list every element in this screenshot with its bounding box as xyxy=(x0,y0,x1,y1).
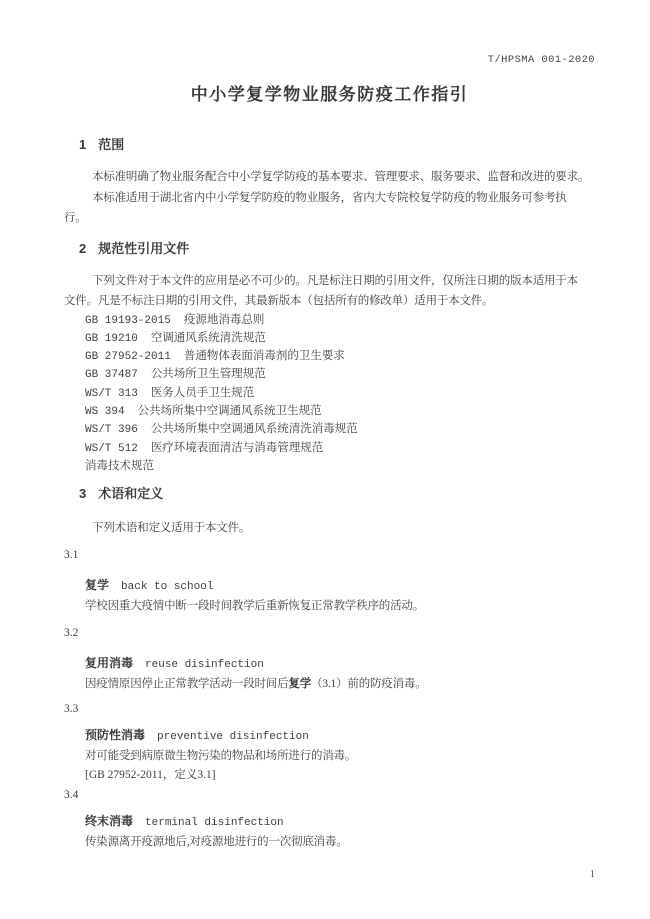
section-3-title: 术语和定义 xyxy=(98,486,163,501)
section-1-number: 1 xyxy=(79,137,86,152)
scope-paragraph-line: 本标准适用于湖北省内中小学复学防疫的物业服务，省内大专院校复学防疫的物业服务可参… xyxy=(64,188,595,209)
reference-code: WS 394 xyxy=(85,406,125,418)
term-name-cn: 复用消毒 xyxy=(85,656,133,670)
reference-code: GB 19210 xyxy=(85,333,138,345)
reference-list: GB 19193-2015疫源地消毒总则 GB 19210空调通风系统清洗规范 … xyxy=(85,312,595,477)
reference-item: WS 394公共场所集中空调通风系统卫生规范 xyxy=(85,403,595,421)
scope-paragraph-line: 行。 xyxy=(64,208,595,229)
section-1-body: 本标准明确了物业服务配合中小学复学防疫的基本要求、管理要求、服务要求、监督和改进… xyxy=(64,167,595,229)
term-3-3-number: 3.3 xyxy=(64,701,595,717)
section-2-number: 2 xyxy=(79,241,86,256)
term-definition: 因疫情原因停止正常教学活动一段时间后复学（3.1）前的防疫消毒。 xyxy=(85,675,595,694)
section-3-number: 3 xyxy=(79,486,86,501)
section-3-intro: 下列术语和定义适用于本文件。 xyxy=(64,518,595,539)
term-name-cn: 复学 xyxy=(85,578,109,592)
term-heading: 终末消毒terminal disinfection xyxy=(85,811,595,833)
reference-name: 公共场所集中空调通风系统卫生规范 xyxy=(138,405,322,417)
references-intro-line: 下列文件对于本文件的应用是必不可少的。凡是标注日期的引用文件，仅所注日期的版本适… xyxy=(64,271,595,292)
term-name-en: back to school xyxy=(121,581,213,593)
term-definition: 传染源离开疫源地后,对疫源地进行的一次彻底消毒。 xyxy=(85,833,595,852)
reference-code: WS/T 512 xyxy=(85,443,138,455)
term-name-en: reuse disinfection xyxy=(145,659,264,671)
term-3-1-block: 复学back to school 学校因重大疫情中断一段时间教学后重新恢复正常教… xyxy=(85,575,595,616)
reference-name: 公共场所集中空调通风系统清洗消毒规范 xyxy=(151,423,358,435)
term-heading: 预防性消毒preventive disinfection xyxy=(85,725,595,747)
term-name-cn: 终末消毒 xyxy=(85,814,133,828)
term-3-2-block: 复用消毒reuse disinfection 因疫情原因停止正常教学活动一段时间… xyxy=(85,653,595,694)
section-1-title: 范围 xyxy=(98,137,124,152)
term-name-cn: 预防性消毒 xyxy=(85,728,145,742)
term-3-3-block: 预防性消毒preventive disinfection 对可能受到病原微生物污… xyxy=(85,725,595,785)
document-page: T/HPSMA 001-2020 中小学复学物业服务防疫工作指引 1范围 本标准… xyxy=(0,0,650,919)
definition-source: [GB 27952-2011，定义3.1] xyxy=(85,766,595,785)
reference-item: GB 37487公共场所卫生管理规范 xyxy=(85,366,595,384)
reference-code: WS/T 313 xyxy=(85,388,138,400)
reference-item: GB 19193-2015疫源地消毒总则 xyxy=(85,312,595,330)
section-2-heading: 2规范性引用文件 xyxy=(79,241,595,257)
reference-name: 消毒技术规范 xyxy=(85,460,154,472)
reference-code: GB 37487 xyxy=(85,369,138,381)
definition-text: 因疫情原因停止正常教学活动一段时间后 xyxy=(85,678,288,690)
term-heading: 复用消毒reuse disinfection xyxy=(85,653,595,675)
section-3-heading: 3术语和定义 xyxy=(79,486,595,502)
term-3-1-number: 3.1 xyxy=(64,547,595,563)
reference-name: 疫源地消毒总则 xyxy=(184,314,265,326)
reference-item: WS/T 512医疗环境表面清洁与消毒管理规范 xyxy=(85,440,595,458)
reference-code: WS/T 396 xyxy=(85,424,138,436)
reference-code: GB 27952-2011 xyxy=(85,351,171,363)
term-name-en: preventive disinfection xyxy=(157,731,309,743)
term-3-2-number: 3.2 xyxy=(64,625,595,641)
standard-code: T/HPSMA 001-2020 xyxy=(64,54,595,67)
reference-name: 医务人员手卫生规范 xyxy=(151,387,255,399)
reference-name: 空调通风系统清洗规范 xyxy=(151,332,266,344)
reference-item: 消毒技术规范 xyxy=(85,458,595,476)
section-2-title: 规范性引用文件 xyxy=(98,241,189,256)
reference-name: 医疗环境表面清洁与消毒管理规范 xyxy=(151,442,324,454)
section-2-intro: 下列文件对于本文件的应用是必不可少的。凡是标注日期的引用文件，仅所注日期的版本适… xyxy=(64,271,595,312)
term-definition: 学校因重大疫情中断一段时间教学后重新恢复正常教学秩序的活动。 xyxy=(85,597,595,616)
term-3-4-block: 终末消毒terminal disinfection 传染源离开疫源地后,对疫源地… xyxy=(85,811,595,852)
term-3-4-number: 3.4 xyxy=(64,787,595,803)
term-definition: 对可能受到病原微生物污染的物品和场所进行的消毒。 xyxy=(85,747,595,766)
reference-name: 公共场所卫生管理规范 xyxy=(151,368,266,380)
reference-item: GB 19210空调通风系统清洗规范 xyxy=(85,330,595,348)
definition-bold-ref: 复学 xyxy=(288,678,311,690)
scope-paragraph-line: 本标准明确了物业服务配合中小学复学防疫的基本要求、管理要求、服务要求、监督和改进… xyxy=(64,167,595,188)
term-name-en: terminal disinfection xyxy=(145,817,284,829)
reference-item: WS/T 313医务人员手卫生规范 xyxy=(85,385,595,403)
reference-item: GB 27952-2011普通物体表面消毒剂的卫生要求 xyxy=(85,348,595,366)
page-number: 1 xyxy=(64,868,595,881)
section-1-heading: 1范围 xyxy=(79,137,595,153)
term-heading: 复学back to school xyxy=(85,575,595,597)
references-intro-line: 文件。凡是不标注日期的引用文件，其最新版本（包括所有的修改单）适用于本文件。 xyxy=(64,291,595,312)
terms-intro-line: 下列术语和定义适用于本文件。 xyxy=(64,518,595,539)
reference-name: 普通物体表面消毒剂的卫生要求 xyxy=(184,350,345,362)
document-title: 中小学复学物业服务防疫工作指引 xyxy=(64,82,595,107)
reference-code: GB 19193-2015 xyxy=(85,315,171,327)
reference-item: WS/T 396公共场所集中空调通风系统清洗消毒规范 xyxy=(85,421,595,439)
definition-text: （3.1）前的防疫消毒。 xyxy=(311,678,426,690)
